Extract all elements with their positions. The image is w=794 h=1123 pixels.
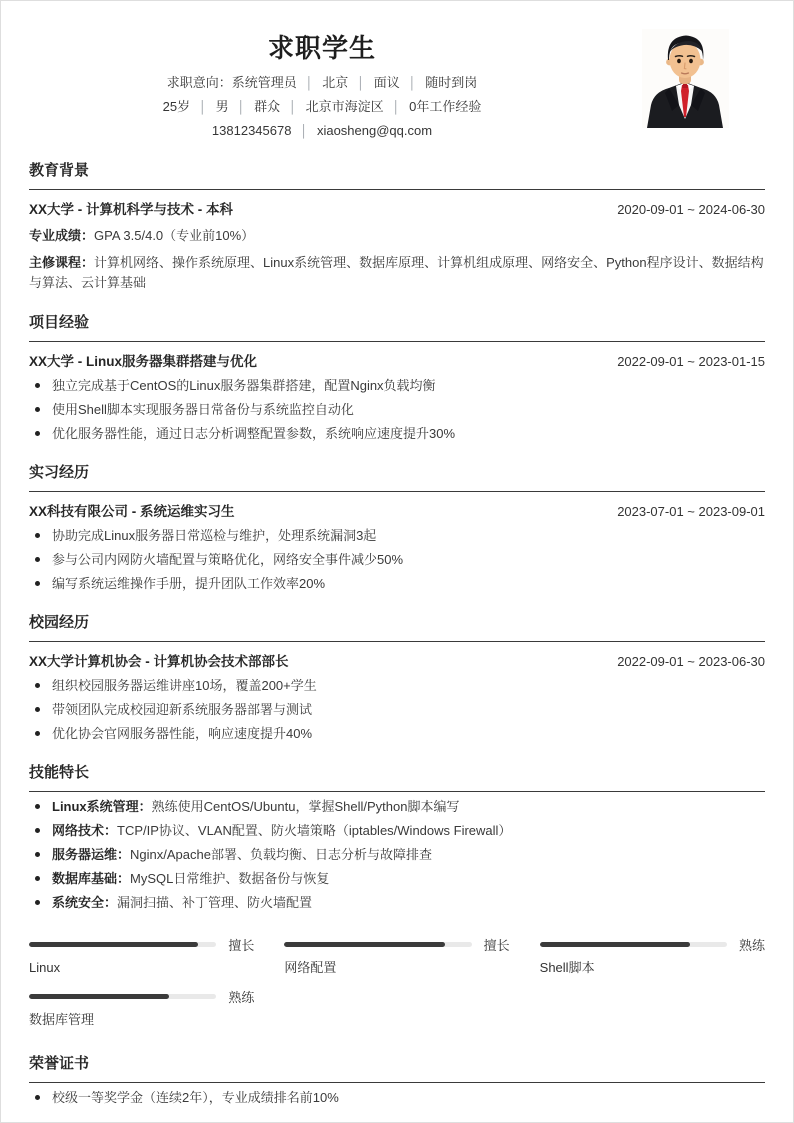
section-title-project: 项目经验 [29,313,765,342]
age: 25岁 [163,99,190,114]
campus-bullet-list: 组织校园服务器运维讲座10场，覆盖200+学生 带领团队完成校园迎新系统服务器部… [29,676,765,743]
skill-bar-fill [284,942,445,947]
skill-bar-track [540,942,727,947]
education-courses-line: 主修课程：计算机网络、操作系统原理、Linux系统管理、数据库原理、计算机组成原… [29,253,765,293]
section-title-campus: 校园经历 [29,613,765,642]
separator: │ [238,100,246,114]
list-item: 网络技术：TCP/IP协议、VLAN配置、防火墙策略（iptables/Wind… [29,821,765,840]
campus-entry-title: XX大学计算机协会 - 计算机协会技术部部长 [29,653,289,671]
bullet-dot [35,431,40,436]
skill-bar-track [284,942,471,947]
internship-bullet-text: 编写系统运维操作手册，提升团队工作效率20% [52,574,325,593]
section-title-honors: 荣誉证书 [29,1054,765,1083]
project-date-range: 2022-09-01 ~ 2023-01-15 [617,353,765,371]
bullet-dot [35,731,40,736]
courses-value: 计算机网络、操作系统原理、Linux系统管理、数据库原理、计算机组成原理、网络安… [29,255,764,290]
skill-bar-network: 擅长 网络配置 [284,936,509,976]
project-entry-title: XX大学 - Linux服务器集群搭建与优化 [29,353,257,371]
project-bullet-text: 优化服务器性能，通过日志分析调整配置参数，系统响应速度提升30% [52,424,455,443]
skill-level-label: 熟练 [739,935,765,954]
gpa-label: 专业成绩： [29,228,94,243]
address: 北京市海淀区 [306,99,384,114]
separator: │ [306,76,314,90]
project-entry-header: XX大学 - Linux服务器集群搭建与优化 2022-09-01 ~ 2023… [29,353,765,371]
skill-bars-grid: 擅长 Linux 擅长 网络配置 熟练 [29,936,765,1028]
bullet-dot [35,557,40,562]
campus-bullet-text: 优化协会官网服务器性能，响应速度提升40% [52,724,312,743]
bullet-dot [35,852,40,857]
education-gpa-line: 专业成绩：GPA 3.5/4.0（专业前10%） [29,226,765,246]
section-project: 项目经验 XX大学 - Linux服务器集群搭建与优化 2022-09-01 ~… [29,313,765,443]
project-bullet-text: 独立完成基于CentOS的Linux服务器集群搭建，配置Nginx负载均衡 [52,376,436,395]
skill-text: 服务器运维：Nginx/Apache部署、负载均衡、日志分析与故障排查 [52,845,432,864]
bullet-dot [35,828,40,833]
political-status: 群众 [254,99,280,114]
skill-label: 网络技术： [52,823,117,838]
skill-bar-database: 熟练 数据库管理 [29,988,254,1028]
section-title-education: 教育背景 [29,161,765,190]
skill-bar-name: Linux [29,959,254,976]
skill-label: 数据库基础： [52,871,130,886]
bullet-dot [35,407,40,412]
skill-detail: 漏洞扫描、补丁管理、防火墙配置 [117,895,312,910]
education-entry-header: XX大学 - 计算机科学与技术 - 本科 2020-09-01 ~ 2024-0… [29,201,765,219]
skill-bar-name: 数据库管理 [29,1011,254,1028]
skill-level-label: 擅长 [484,935,510,954]
list-item: 优化协会官网服务器性能，响应速度提升40% [29,724,765,743]
internship-entry-title: XX科技有限公司 - 系统运维实习生 [29,503,235,521]
skill-detail: 熟练使用CentOS/Ubuntu，掌握Shell/Python脚本编写 [152,799,460,814]
bullet-dot [35,581,40,586]
skill-text: 数据库基础：MySQL日常维护、数据备份与恢复 [52,869,329,888]
skill-detail: Nginx/Apache部署、负载均衡、日志分析与故障排查 [130,847,432,862]
skill-label: 服务器运维： [52,847,130,862]
contact-line-reach: 13812345678│xiaosheng@qq.com [29,119,615,143]
section-honors: 荣誉证书 校级一等奖学金（连续2年），专业成绩排名前10% [29,1054,765,1107]
honors-bullet-list: 校级一等奖学金（连续2年），专业成绩排名前10% [29,1088,765,1107]
list-item: 数据库基础：MySQL日常维护、数据备份与恢复 [29,869,765,888]
skill-detail: TCP/IP协议、VLAN配置、防火墙策略（iptables/Windows F… [117,823,511,838]
section-title-internship: 实习经历 [29,463,765,492]
skill-bar-name: Shell脚本 [540,959,765,976]
bullet-dot [35,900,40,905]
profile-photo-illustration [642,29,729,128]
internship-bullet-text: 参与公司内网防火墙配置与策略优化，网络安全事件减少50% [52,550,403,569]
campus-bullet-text: 带领团队完成校园迎新系统服务器部署与测试 [52,700,312,719]
skill-bar-row: 熟练 [29,988,254,1004]
bullet-dot [35,876,40,881]
skill-bar-linux: 擅长 Linux [29,936,254,976]
resume-page: 求职学生 求职意向：系统管理员│北京│面议│随时到岗 25岁│男│群众│北京市海… [0,0,794,1123]
skill-bar-row: 擅长 [29,936,254,952]
bullet-dot [35,383,40,388]
separator: │ [199,100,207,114]
skill-level-label: 擅长 [228,935,254,954]
skill-bar-fill [540,942,690,947]
internship-bullet-list: 协助完成Linux服务器日常巡检与维护，处理系统漏洞3起 参与公司内网防火墙配置… [29,526,765,593]
gpa-value: GPA 3.5/4.0（专业前10%） [94,228,254,243]
skill-bar-shell: 熟练 Shell脚本 [540,936,765,976]
separator: │ [300,124,308,138]
campus-bullet-text: 组织校园服务器运维讲座10场，覆盖200+学生 [52,676,317,695]
skills-bullet-list: Linux系统管理：熟练使用CentOS/Ubuntu，掌握Shell/Pyth… [29,797,765,912]
skill-bar-track [29,994,216,999]
honors-bullet-text: 校级一等奖学金（连续2年），专业成绩排名前10% [52,1088,339,1107]
availability: 随时到岗 [425,75,477,90]
skill-label: Linux系统管理： [52,799,152,814]
skill-label: 系统安全： [52,895,117,910]
section-internship: 实习经历 XX科技有限公司 - 系统运维实习生 2023-07-01 ~ 202… [29,463,765,593]
skill-text: 网络技术：TCP/IP协议、VLAN配置、防火墙策略（iptables/Wind… [52,821,511,840]
skill-bar-row: 熟练 [540,936,765,952]
bullet-dot [35,533,40,538]
contact-line-personal: 25岁│男│群众│北京市海淀区│0年工作经验 [29,95,615,119]
list-item: 独立完成基于CentOS的Linux服务器集群搭建，配置Nginx负载均衡 [29,376,765,395]
skill-bar-fill [29,994,169,999]
bullet-dot [35,683,40,688]
resume-header: 求职学生 求职意向：系统管理员│北京│面议│随时到岗 25岁│男│群众│北京市海… [29,1,765,141]
list-item: 协助完成Linux服务器日常巡检与维护，处理系统漏洞3起 [29,526,765,545]
skill-bar-fill [29,942,198,947]
bullet-dot [35,707,40,712]
list-item: 校级一等奖学金（连续2年），专业成绩排名前10% [29,1088,765,1107]
education-entry-title: XX大学 - 计算机科学与技术 - 本科 [29,201,233,219]
list-item: 服务器运维：Nginx/Apache部署、负载均衡、日志分析与故障排查 [29,845,765,864]
internship-date-range: 2023-07-01 ~ 2023-09-01 [617,503,765,521]
internship-entry-header: XX科技有限公司 - 系统运维实习生 2023-07-01 ~ 2023-09-… [29,503,765,521]
job-city: 北京 [322,75,348,90]
internship-bullet-text: 协助完成Linux服务器日常巡检与维护，处理系统漏洞3起 [52,526,376,545]
profile-photo [642,29,729,128]
list-item: 带领团队完成校园迎新系统服务器部署与测试 [29,700,765,719]
phone-number: 13812345678 [212,123,292,138]
separator: │ [289,100,297,114]
contact-line-intention: 求职意向：系统管理员│北京│面议│随时到岗 [29,71,615,95]
campus-date-range: 2022-09-01 ~ 2023-06-30 [617,653,765,671]
list-item: 系统安全：漏洞扫描、补丁管理、防火墙配置 [29,893,765,912]
skill-text: Linux系统管理：熟练使用CentOS/Ubuntu，掌握Shell/Pyth… [52,797,459,816]
list-item: 编写系统运维操作手册，提升团队工作效率20% [29,574,765,593]
project-bullet-list: 独立完成基于CentOS的Linux服务器集群搭建，配置Nginx负载均衡 使用… [29,376,765,443]
project-bullet-text: 使用Shell脚本实现服务器日常备份与系统监控自动化 [52,400,354,419]
list-item: 使用Shell脚本实现服务器日常备份与系统监控自动化 [29,400,765,419]
section-title-skills: 技能特长 [29,763,765,792]
list-item: 组织校园服务器运维讲座10场，覆盖200+学生 [29,676,765,695]
section-campus: 校园经历 XX大学计算机协会 - 计算机协会技术部部长 2022-09-01 ~… [29,613,765,743]
email-address: xiaosheng@qq.com [317,123,432,138]
section-education: 教育背景 XX大学 - 计算机科学与技术 - 本科 2020-09-01 ~ 2… [29,161,765,293]
list-item: 参与公司内网防火墙配置与策略优化，网络安全事件减少50% [29,550,765,569]
gender: 男 [216,99,229,114]
skill-bar-row: 擅长 [284,936,509,952]
separator: │ [409,76,417,90]
bullet-dot [35,804,40,809]
section-skills: 技能特长 Linux系统管理：熟练使用CentOS/Ubuntu，掌握Shell… [29,763,765,1028]
skill-bar-track [29,942,216,947]
salary-expectation: 面议 [374,75,400,90]
courses-label: 主修课程： [29,255,94,270]
separator: │ [357,76,365,90]
skill-detail: MySQL日常维护、数据备份与恢复 [130,871,329,886]
skill-level-label: 熟练 [228,987,254,1006]
bullet-dot [35,1095,40,1100]
skill-text: 系统安全：漏洞扫描、补丁管理、防火墙配置 [52,893,312,912]
skill-bar-name: 网络配置 [284,959,509,976]
list-item: 优化服务器性能，通过日志分析调整配置参数，系统响应速度提升30% [29,424,765,443]
education-date-range: 2020-09-01 ~ 2024-06-30 [617,201,765,219]
separator: │ [393,100,401,114]
job-intention: 求职意向：系统管理员 [167,75,297,90]
campus-entry-header: XX大学计算机协会 - 计算机协会技术部部长 2022-09-01 ~ 2023… [29,653,765,671]
work-experience-years: 0年工作经验 [409,99,481,114]
list-item: Linux系统管理：熟练使用CentOS/Ubuntu，掌握Shell/Pyth… [29,797,765,816]
header-text-block: 求职学生 求职意向：系统管理员│北京│面议│随时到岗 25岁│男│群众│北京市海… [29,31,615,143]
candidate-name: 求职学生 [29,31,615,65]
